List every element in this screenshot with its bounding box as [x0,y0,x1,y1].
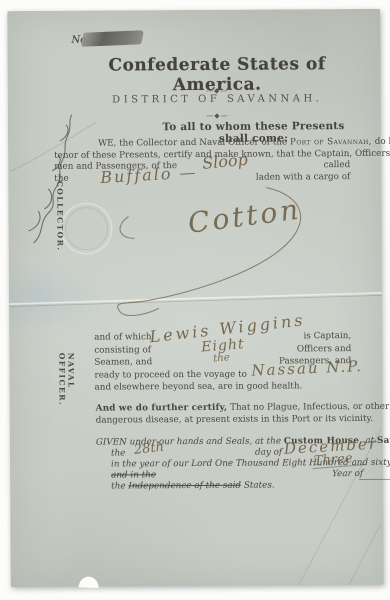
given-line-5: the Independence of the said States. [56,480,357,493]
certify-line4-start: the [54,173,68,183]
fold-crease-highlight [9,293,382,304]
given-paragraph: GIVEN under our hands and Seals, at the … [56,436,357,493]
port-name: Port of Savannah, [290,137,372,148]
crew-line1-end: is Captain, [303,330,351,343]
day-handwriting: 28th [133,442,164,456]
district-heading: DISTRICT OF SAVANNAH. [66,93,369,106]
destination-handwriting: Nassau N.P. [251,360,363,377]
health-line-2: dangerous disease, at present exists in … [56,414,357,427]
crew-line1-start: and of which [94,332,151,342]
passengers-word-handwriting: the [213,352,230,366]
crew-line2-start: consisting of [94,345,151,355]
independence-struck-phrase: Independence of the said [128,481,241,492]
given-line2-the: the [111,448,125,458]
crew-line-5: and elsewhere beyond sea, are in good he… [56,380,357,394]
health-line1-rest: That no Plague, Infectious, or other con… [227,401,390,412]
certify-paragraph: WE, the Collector and Naval Officer of t… [54,137,355,185]
health-paragraph: And we do further certify, That no Plagu… [56,402,357,427]
officers-number-handwriting: Eight [201,338,245,354]
document-body: WE, the Collector and Naval Officer of t… [53,9,354,11]
certify-line1-start: WE, the Collector and Naval Officer of t… [98,137,287,148]
certify-line3-end: called [324,160,351,172]
vessel-name-handwriting: Buffalo — [100,166,198,183]
crew-line4-start: ready to proceed on the voyage to [94,369,247,380]
document-paper: No. Confederate States of America. —◆— D… [7,9,384,587]
collector-margin-label: COLLECTOR. [55,181,64,253]
given-day-of: day of [255,447,282,458]
crease-bottom-right-2 [348,523,381,585]
given-line5-the: the [111,481,128,491]
health-lead: And we do further certify, [96,403,228,414]
cargo-handwriting: Cotton [153,188,336,244]
vessel-type-handwriting: Sloop [202,154,248,170]
crew-line3-start: Seamen, and [94,357,152,367]
certify-line4-end: laden with a cargo of [256,172,350,184]
certify-line1-end: do by the [375,137,390,147]
embossed-seal [61,204,111,254]
crew-paragraph: and of which Lewis Wiggins is Captain, c… [55,330,356,394]
paper-tear-notch [79,576,99,588]
certify-line-4: the Buffalo — laden with a cargo of [54,172,355,185]
number-redaction-smudge [81,30,144,46]
crew-line2-end: Officers and [297,343,352,356]
given-line1-start: GIVEN under our hands and Seals, at the [96,436,284,447]
year-of-blank-line [359,469,390,480]
given-struck-phrase: and in the [111,470,156,480]
fold-crease-shadow [9,295,382,306]
given-line5-end: States. [241,481,275,491]
embossed-seal-inner [65,208,107,250]
document-header: Confederate States of America. —◆— DISTR… [65,9,368,11]
place-label: Savannah, [377,436,390,446]
